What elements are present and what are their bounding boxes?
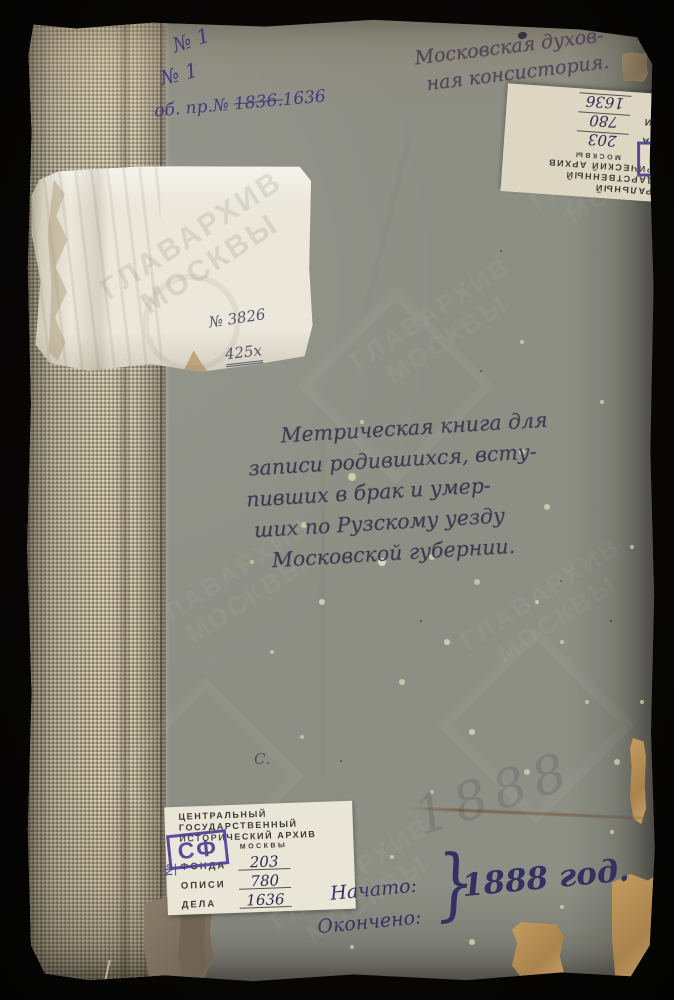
watermark-line1: ГЛАВАРХИВ (345, 250, 517, 376)
edge-damage-patch (630, 738, 646, 824)
photo-background: № 3826 425х № 1 № 1 об. пр.№ 1836.1636 М… (0, 0, 674, 1000)
delo-value: 1636 (239, 892, 291, 909)
spine-ridge (124, 16, 127, 984)
book-title-inscription: Метрическая книга для записи родившихся,… (242, 401, 611, 577)
paper-speckles (26, 16, 30, 20)
handwritten-register-number: об. пр.№ 1836.1636 (153, 87, 326, 122)
fond-label: ФОНДА (628, 134, 674, 149)
shelf-price-text: 425х (224, 341, 263, 367)
finished-label: Окончено: (316, 906, 422, 938)
opis-value: 780 (577, 111, 630, 130)
book-cover: № 3826 425х № 1 № 1 об. пр.№ 1836.1636 М… (26, 16, 656, 984)
paper-specks-dark (26, 16, 28, 18)
shelf-price: 425х (224, 341, 263, 363)
delo-value: 1636 (579, 92, 632, 111)
dates-inscription: Начато: Окончено: } 1888 год. (311, 836, 620, 974)
book-spine-cloth (26, 16, 166, 984)
year-value: 1888 год. (460, 852, 630, 904)
shelf-label: № 3826 425х (31, 165, 313, 374)
watermark-text: ГЛАВАРХИВ МОСКВЫ (345, 250, 533, 401)
cover-crease (364, 138, 409, 313)
number-sign-stamp: № (163, 863, 176, 876)
top-corner-wear (622, 52, 648, 82)
fond-value: 203 (238, 854, 290, 871)
c-mark: С. (254, 750, 270, 768)
watermark-line2: МОСКВЫ (471, 555, 643, 681)
opis-label: ОПИСИ (629, 115, 674, 130)
opis-label: ОПИСИ (181, 879, 239, 892)
started-label: Начато: (329, 875, 418, 905)
archive-label-top: ЦЕНТРАЛЬНЫЙ ГОСУДАРСТВЕННЫЙ ИСТОРИЧЕСКИЙ… (500, 83, 674, 204)
register-number: 1636 (282, 87, 327, 111)
sf-stamp: СФ (637, 142, 674, 177)
spine-shading (26, 16, 166, 984)
opis-value: 780 (239, 873, 291, 890)
register-struck-number: 1836. (233, 90, 283, 114)
watermark-line2: МОСКВЫ (361, 275, 533, 401)
fond-value: 203 (576, 130, 629, 149)
pencil-year: 1888 (407, 740, 582, 848)
spine-ridge (40, 16, 43, 984)
handwritten-number-1: № 1 (169, 23, 213, 58)
delo-label: ДЕЛА (631, 96, 674, 111)
delo-label: ДЕЛА (181, 898, 239, 911)
